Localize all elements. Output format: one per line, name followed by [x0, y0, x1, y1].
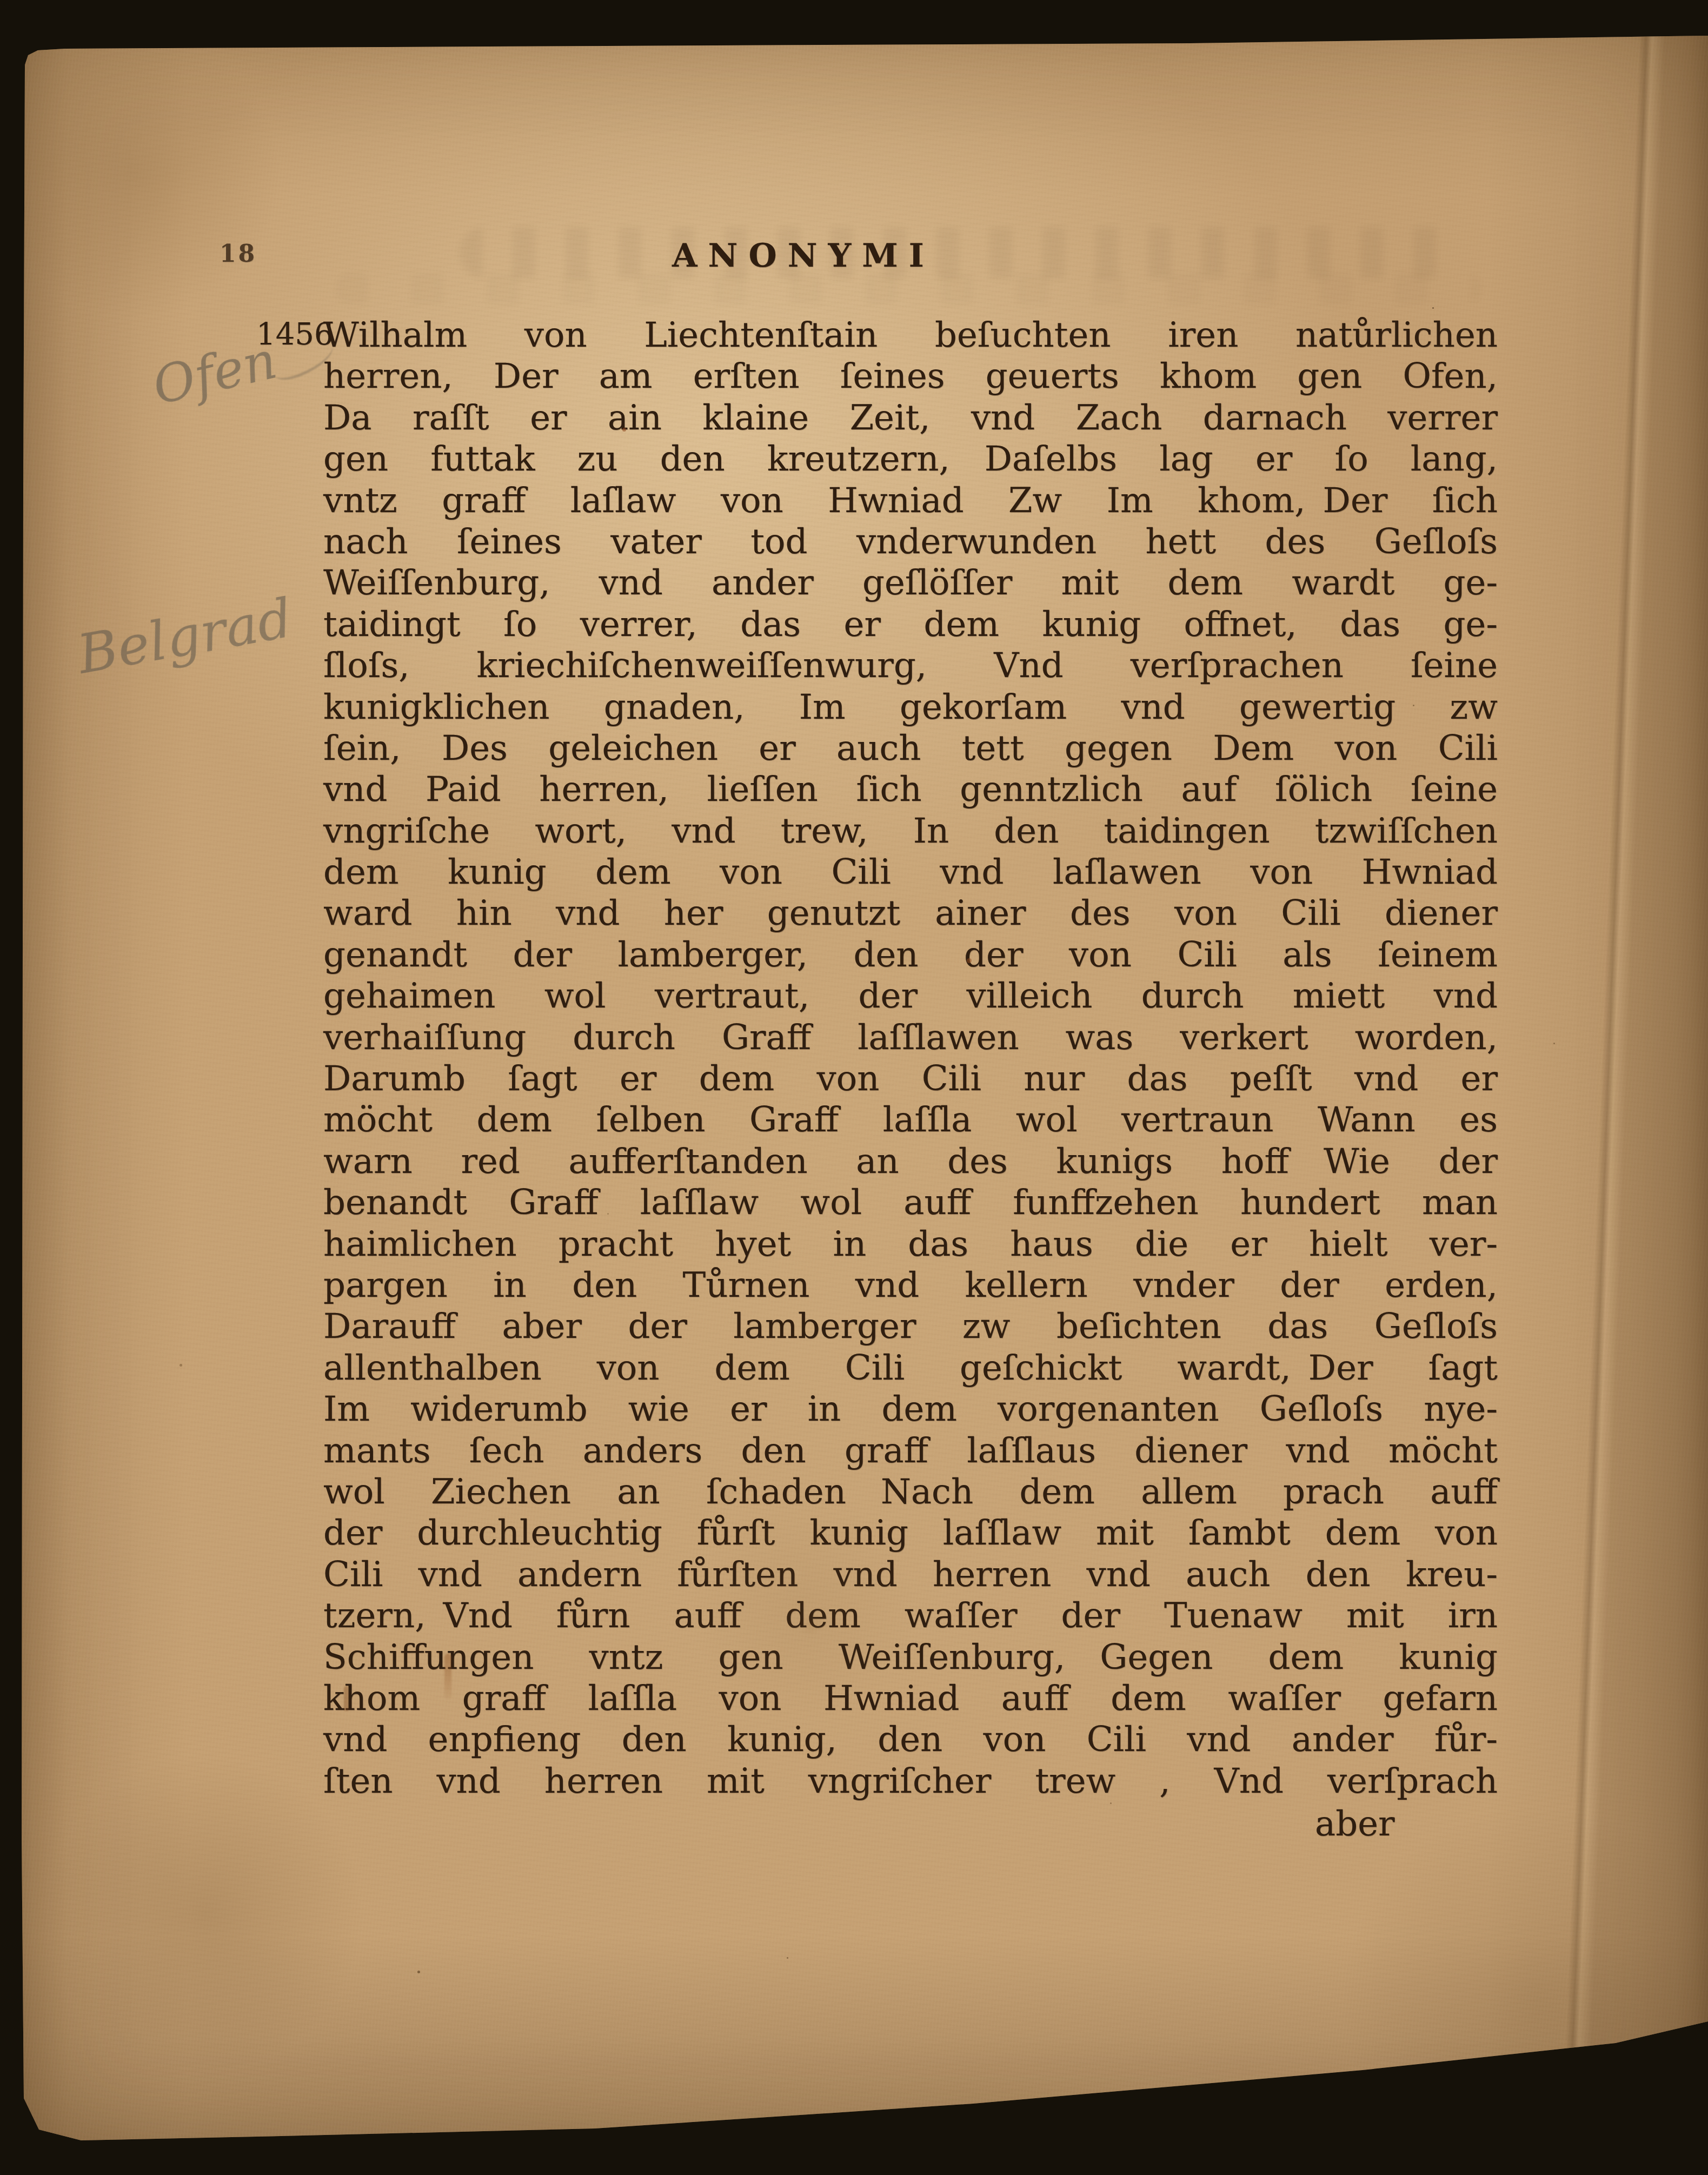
- text-line: der durchleuchtig fůrſt kunig laſſlaw mi…: [323, 1513, 1498, 1554]
- text-line: ward hin vnd her genutzt ainer des von C…: [323, 893, 1498, 934]
- page-number: 18: [220, 240, 257, 268]
- text-line: genandt der lamberger, den der von Cili …: [323, 934, 1498, 976]
- text-line: Im widerumb wie er in dem vorgenanten Ge…: [323, 1389, 1498, 1430]
- text-line: warn red aufferſtanden an des kunigs hof…: [323, 1141, 1498, 1182]
- text-line: möcht dem ſelben Graff laſſla wol vertra…: [323, 1099, 1498, 1140]
- text-line: ſten vnd herren mit vngriſcher trew , Vn…: [323, 1761, 1498, 1802]
- text-line: Wilhalm von Liechtenſtain beſuchten iren…: [323, 315, 1498, 356]
- text-line: dem kunig dem von Cili vnd laſlawen von …: [323, 852, 1498, 893]
- text-line: nach ſeines vater tod vnderwunden hett d…: [323, 521, 1498, 562]
- paper-stain-streak: [444, 1654, 451, 1699]
- handwritten-note-ofen: Ofen: [148, 330, 282, 416]
- text-line: haimlichen pracht hyet in das haus die e…: [323, 1224, 1498, 1265]
- paper-stain-streak: [344, 1686, 349, 1711]
- text-line: tzern, Vnd fůrn auff dem waſſer der Tuen…: [323, 1595, 1498, 1636]
- text-line: vntz graff laſlaw von Hwniad Zw Im khom,…: [323, 480, 1498, 521]
- text-line: Darauff aber der lamberger zw beſichten …: [323, 1306, 1498, 1347]
- scanned-book-photo: 18 ANONYMI 1456 Ofen Belgrad Wilhalm von…: [0, 0, 1708, 2175]
- text-line: Da raſſt er ain klaine Zeit, vnd Zach da…: [323, 397, 1498, 439]
- text-line: ſloſs, kriechiſchenweiſſenwurg, Vnd verſ…: [323, 645, 1498, 686]
- text-line: pargen in den Tůrnen vnd kellern vnder d…: [323, 1265, 1498, 1306]
- text-line: gen futtak zu den kreutzern, Daſelbs lag…: [323, 439, 1498, 480]
- catchword: aber: [1315, 1804, 1395, 1844]
- text-line: Cili vnd andern fůrſten vnd herren vnd a…: [323, 1554, 1498, 1595]
- text-line: kunigklichen gnaden, Im gekorſam vnd gew…: [323, 687, 1498, 728]
- text-line: Darumb ſagt er dem von Cili nur das peſſ…: [323, 1058, 1498, 1099]
- bleed-through-ghost-header: [460, 227, 1465, 278]
- text-line: allenthalben von dem Cili geſchickt ward…: [323, 1348, 1498, 1389]
- text-line: Weiſſenburg, vnd ander geſlöſſer mit dem…: [323, 562, 1498, 604]
- body-text: Wilhalm von Liechtenſtain beſuchten iren…: [323, 315, 1498, 1802]
- text-line: vnd Paid herren, lieſſen ſich genntzlich…: [323, 769, 1498, 810]
- page-fold-crease: [1565, 32, 1708, 2055]
- text-line: mants ſech anders den graff laſſlaus die…: [323, 1430, 1498, 1471]
- text-line: gehaimen wol vertraut, der villeich durc…: [323, 976, 1498, 1017]
- text-line: taidingt ſo verrer, das er dem kunig off…: [323, 604, 1498, 645]
- running-header: ANONYMI: [672, 237, 935, 275]
- text-line: Schiffungen vntz gen Weiſſenburg, Gegen …: [323, 1637, 1498, 1678]
- text-line: ſein, Des geleichen er auch tett gegen D…: [323, 728, 1498, 769]
- text-line: khom graff laſſla von Hwniad auff dem wa…: [323, 1678, 1498, 1719]
- text-line: vngriſche wort, vnd trew, In den taiding…: [323, 811, 1498, 852]
- text-line: herren, Der am erſten ſeines geuerts kho…: [323, 356, 1498, 397]
- book-page: 18 ANONYMI 1456 Ofen Belgrad Wilhalm von…: [0, 0, 1708, 2175]
- handwritten-note-belgrad: Belgrad: [73, 586, 297, 686]
- bleed-through-ghost-line: [335, 273, 1481, 304]
- text-line: verhaiſſung durch Graff laſſlawen was ve…: [323, 1017, 1498, 1058]
- text-line: vnd enpfieng den kunig, den von Cili vnd…: [323, 1719, 1498, 1760]
- text-line: wol Ziechen an ſchaden Nach dem allem pr…: [323, 1471, 1498, 1513]
- text-line: benandt Graff laſſlaw wol auff funffzehe…: [323, 1182, 1498, 1223]
- paper-specks: [0, 0, 5, 5]
